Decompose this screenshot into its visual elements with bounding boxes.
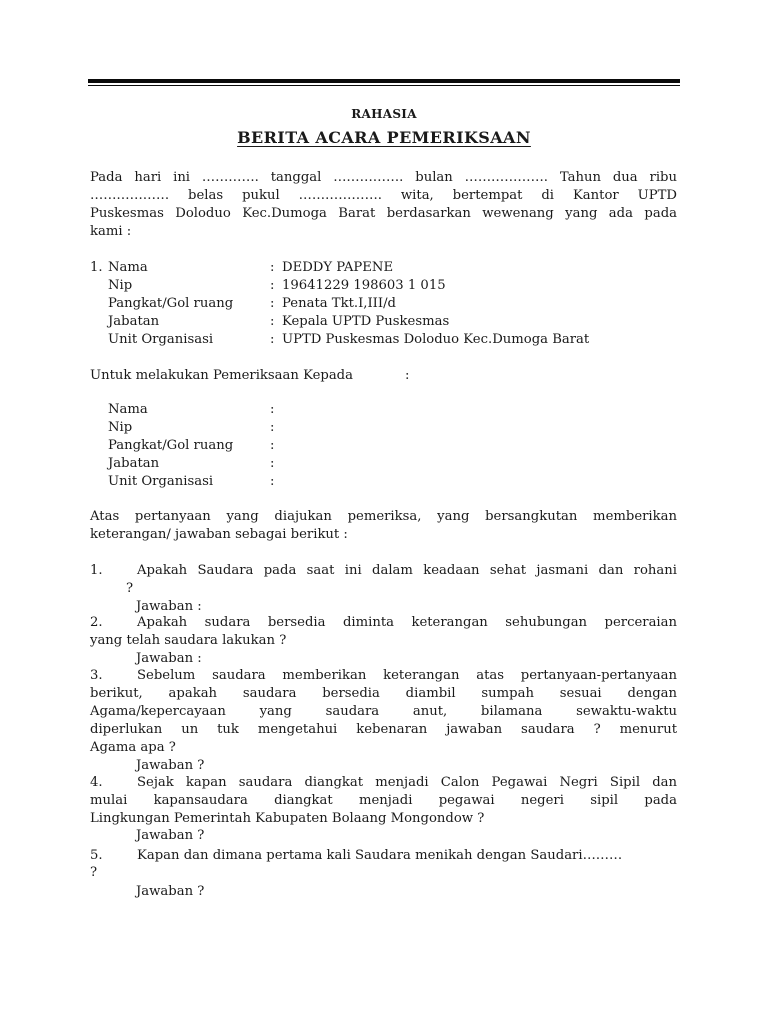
examiner-unit-value: UPTD Puskesmas Doloduo Kec.Dumoga Barat [282, 331, 589, 349]
header-rule-thin [88, 85, 680, 86]
examinee-unit-colon: : [270, 473, 274, 491]
examiner-unit-colon: : [270, 331, 274, 349]
statement-line-2: keterangan/ jawaban sebagai berikut : [90, 526, 677, 544]
examinee-intro: Untuk melakukan Pemeriksaan Kepada [90, 367, 677, 385]
question-1-line-1: Apakah Saudara pada saat ini dalam keada… [137, 562, 677, 580]
question-4-line-1: Sejak kapan saudara diangkat menjadi Cal… [137, 774, 677, 792]
question-3-line-1: Sebelum saudara memberikan keterangan at… [137, 667, 677, 685]
question-2-answer: Jawaban : [136, 650, 723, 668]
examinee-nip-colon: : [270, 419, 274, 437]
examinee-rank-colon: : [270, 437, 274, 455]
examiner-nip-colon: : [270, 277, 274, 295]
examiner-name-label: Nama [108, 259, 148, 277]
question-4-line-3: Lingkungan Pemerintah Kabupaten Bolaang … [90, 810, 677, 828]
examiner-rank-colon: : [270, 295, 274, 313]
classification-label: RAHASIA [0, 107, 768, 121]
question-4-number: 4. [90, 774, 103, 792]
question-1-line-2: ? [126, 580, 713, 598]
question-1-number: 1. [90, 562, 103, 580]
question-3-line-3: Agama/kepercayaan yang saudara anut, bil… [90, 703, 677, 721]
question-3-line-2: berikut, apakah saudara bersedia diambil… [90, 685, 677, 703]
examiner-unit-label: Unit Organisasi [108, 331, 213, 349]
examinee-rank-label: Pangkat/Gol ruang [108, 437, 233, 455]
question-3-number: 3. [90, 667, 103, 685]
intro-line-2: ……………… belas pukul ………………. wita, bertemp… [90, 187, 677, 205]
examiner-rank-value: Penata Tkt.I,III/d [282, 295, 396, 313]
examiner-rank-label: Pangkat/Gol ruang [108, 295, 233, 313]
intro-line-4: kami : [90, 223, 677, 241]
question-2-line-1: Apakah sudara bersedia diminta keteranga… [137, 614, 677, 632]
intro-line-3: Puskesmas Doloduo Kec.Dumoga Barat berda… [90, 205, 677, 223]
question-5-number: 5. [90, 847, 103, 865]
examiner-position-value: Kepala UPTD Puskesmas [282, 313, 449, 331]
examiner-name-colon: : [270, 259, 274, 277]
question-5-answer: Jawaban ? [136, 883, 723, 901]
examinee-position-colon: : [270, 455, 274, 473]
header-rule-thick [88, 79, 680, 83]
examinee-position-label: Jabatan [108, 455, 159, 473]
examiner-nip-value: 19641229 198603 1 015 [282, 277, 446, 295]
question-3-line-4: diperlukan un tuk mengetahui kebenaran j… [90, 721, 677, 739]
question-3-answer: Jawaban ? [136, 757, 723, 775]
examiner-position-colon: : [270, 313, 274, 331]
examiner-nip-label: Nip [108, 277, 132, 295]
statement-line-1: Atas pertanyaan yang diajukan pemeriksa,… [90, 508, 677, 526]
examiner-name-value: DEDDY PAPENE [282, 259, 393, 277]
question-2-number: 2. [90, 614, 103, 632]
examinee-name-label: Nama [108, 401, 148, 419]
examinee-name-colon: : [270, 401, 274, 419]
examinee-unit-label: Unit Organisasi [108, 473, 213, 491]
question-3-line-5: Agama apa ? [90, 739, 677, 757]
question-4-line-2: mulai kapansaudara diangkat menjadi pega… [90, 792, 677, 810]
examiner-number: 1. [90, 259, 103, 277]
examinee-intro-colon: : [405, 367, 409, 385]
question-5-line-1: Kapan dan dimana pertama kali Saudara me… [137, 847, 677, 865]
question-2-line-2: yang telah saudara lakukan ? [90, 632, 677, 650]
examinee-nip-label: Nip [108, 419, 132, 437]
examiner-position-label: Jabatan [108, 313, 159, 331]
intro-line-1: Pada hari ini …………. tanggal ……………. bulan… [90, 169, 677, 187]
question-5-line-2: ? [90, 864, 677, 882]
document-title: BERITA ACARA PEMERIKSAAN [0, 128, 768, 147]
question-4-answer: Jawaban ? [136, 827, 723, 845]
document-page: RAHASIA BERITA ACARA PEMERIKSAAN Pada ha… [0, 0, 768, 1024]
